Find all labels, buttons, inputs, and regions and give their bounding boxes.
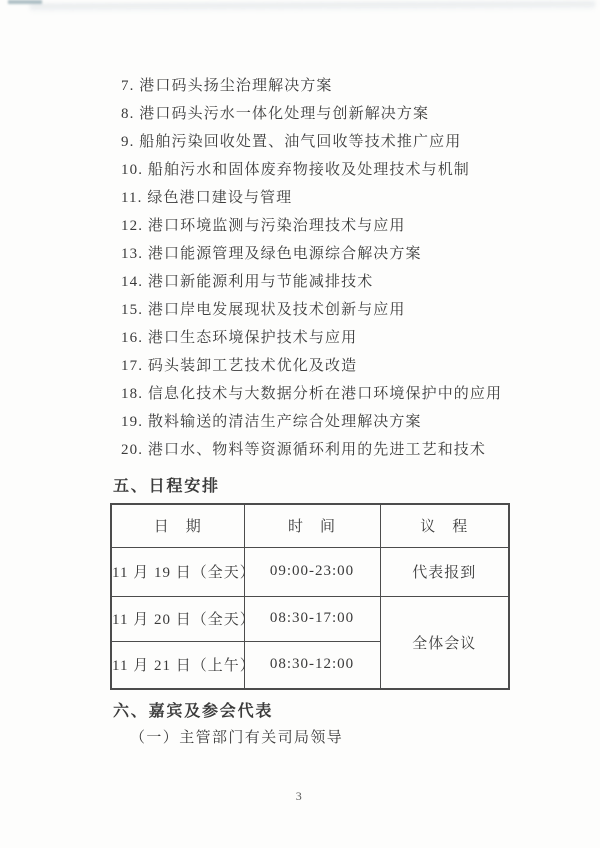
agenda-topic-item: 7. 港口码头扬尘治理解决方案 [121, 72, 502, 100]
agenda-cell: 代表报到 [380, 547, 509, 596]
agenda-topic-item: 9. 船舶污染回收处置、油气回收等技术推广应用 [121, 128, 502, 156]
section-heading-schedule: 五、日程安排 [113, 473, 220, 496]
scan-artifact-corner-smudge [8, 0, 42, 4]
date-cell: 11 月 20 日（全天） [111, 596, 244, 641]
document-page: 7. 港口码头扬尘治理解决方案 8. 港口码头污水一体化处理与创新解决方案 9.… [0, 0, 600, 848]
agenda-topic-item: 17. 码头装卸工艺技术优化及改造 [121, 352, 502, 380]
agenda-topic-item: 15. 港口岸电发展现状及技术创新与应用 [121, 296, 502, 324]
section-heading-guests: 六、嘉宾及参会代表 [113, 698, 273, 721]
agenda-cell-merged: 全体会议 [380, 596, 509, 689]
date-cell: 11 月 21 日（上午） [111, 641, 244, 689]
agenda-topic-item: 20. 港口水、物料等资源循环利用的先进工艺和技术 [121, 436, 502, 464]
agenda-topic-list: 7. 港口码头扬尘治理解决方案 8. 港口码头污水一体化处理与创新解决方案 9.… [121, 72, 502, 464]
agenda-topic-item: 8. 港口码头污水一体化处理与创新解决方案 [121, 100, 502, 128]
scan-artifact-top-streak [30, 2, 595, 13]
column-header-agenda: 议 程 [380, 504, 509, 547]
time-cell: 09:00-23:00 [244, 547, 380, 596]
schedule-table: 日 期 时 间 议 程 11 月 19 日（全天） 09:00-23:00 代表… [110, 503, 510, 690]
date-cell: 11 月 19 日（全天） [111, 547, 244, 596]
page-number: 3 [0, 789, 598, 804]
table-row: 11 月 19 日（全天） 09:00-23:00 代表报到 [111, 547, 509, 596]
agenda-topic-item: 14. 港口新能源利用与节能减排技术 [121, 268, 502, 296]
table-row: 11 月 20 日（全天） 08:30-17:00 全体会议 [111, 596, 509, 641]
agenda-topic-item: 11. 绿色港口建设与管理 [121, 184, 502, 212]
agenda-topic-item: 18. 信息化技术与大数据分析在港口环境保护中的应用 [121, 380, 502, 408]
column-header-date: 日 期 [111, 504, 244, 547]
time-cell: 08:30-12:00 [244, 641, 380, 689]
agenda-topic-item: 16. 港口生态环境保护技术与应用 [121, 324, 502, 352]
agenda-topic-item: 19. 散料输送的清洁生产综合处理解决方案 [121, 408, 502, 436]
column-header-time: 时 间 [244, 504, 380, 547]
agenda-topic-item: 10. 船舶污水和固体废弃物接收及处理技术与机制 [121, 156, 502, 184]
agenda-topic-item: 12. 港口环境监测与污染治理技术与应用 [121, 212, 502, 240]
agenda-topic-item: 13. 港口能源管理及绿色电源综合解决方案 [121, 240, 502, 268]
guests-subitem-leaders: （一）主管部门有关司局领导 [130, 726, 343, 747]
time-cell: 08:30-17:00 [244, 596, 380, 641]
schedule-table-header-row: 日 期 时 间 议 程 [111, 504, 509, 547]
